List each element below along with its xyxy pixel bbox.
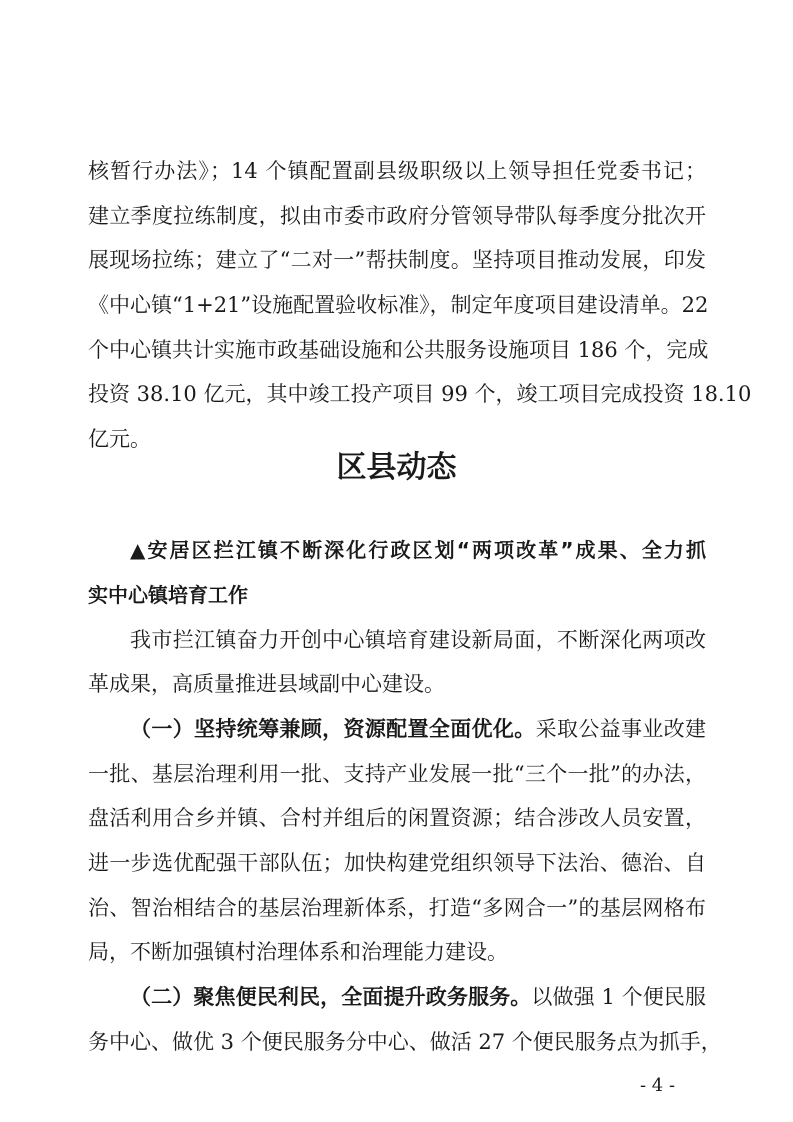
body-text-line: 个中心镇共计实施市政基础设施和公共服务设施项目 186 个，完成 [88, 336, 706, 364]
point-1-label: （一） [130, 716, 194, 741]
point-2-first-line: （二）聚焦便民利民，全面提升政务服务。以做强 1 个便民服 [130, 983, 706, 1011]
point-2-text: 以做强 1 个便民服 [531, 985, 706, 1009]
body-text-line: 治、智治相结合的基层治理新体系，打造“多网合一”的基层网格布 [88, 894, 706, 922]
news-title-line: ▲安居区拦江镇不断深化行政区划“两项改革”成果、全力抓 [130, 536, 706, 564]
page-number: - 4 - [640, 1074, 675, 1098]
news-title-line: 实中心镇培育工作 [88, 581, 706, 609]
body-text-line: 进一步选优配强干部队伍；加快构建党组织领导下法治、德治、自 [88, 849, 706, 877]
point-1-first-line: （一）坚持统筹兼顾，资源配置全面优化。采取公益事业改建 [130, 715, 706, 743]
body-text-line: 局，不断加强镇村治理体系和治理能力建设。 [88, 938, 706, 966]
document-page: 核暂行办法》；14 个镇配置副县级职级以上领导担任党委书记； 建立季度拉练制度，… [0, 0, 793, 1122]
body-text-line: 核暂行办法》；14 个镇配置副县级职级以上领导担任党委书记； [88, 157, 706, 185]
body-text-line: 一批、基层治理利用一批、支持产业发展一批“三个一批”的办法， [88, 760, 706, 788]
point-2-lead: 聚焦便民利民，全面提升政务服务。 [193, 984, 531, 1009]
section-heading: 区县动态 [0, 448, 793, 488]
body-text-line: 投资 38.10 亿元，其中竣工投产项目 99 个，竣工项目完成投资 18.10 [88, 380, 706, 408]
body-text-line: 务中心、做优 3 个便民服务分中心、做活 27 个便民服务点为抓手， [88, 1028, 706, 1056]
body-text-line: 革成果，高质量推进县域副中心建设。 [88, 670, 706, 698]
body-text-line: 展现场拉练；建立了“二对一”帮扶制度。坚持项目推动发展，印发 [88, 246, 706, 274]
body-text-line: 《中心镇“1+21”设施配置验收标准》，制定年度项目建设清单。22 [88, 291, 706, 319]
point-1-text: 采取公益事业改建 [536, 717, 706, 741]
point-2-label: （二） [130, 984, 193, 1009]
point-1-lead: 坚持统筹兼顾，资源配置全面优化。 [194, 716, 536, 741]
body-text-line: 盘活利用合乡并镇、合村并组后的闲置资源；结合涉改人员安置， [88, 804, 706, 832]
body-text-line: 建立季度拉练制度，拟由市委市政府分管领导带队每季度分批次开 [88, 202, 706, 230]
body-text-line: 我市拦江镇奋力开创中心镇培育建设新局面，不断深化两项改 [130, 626, 706, 654]
